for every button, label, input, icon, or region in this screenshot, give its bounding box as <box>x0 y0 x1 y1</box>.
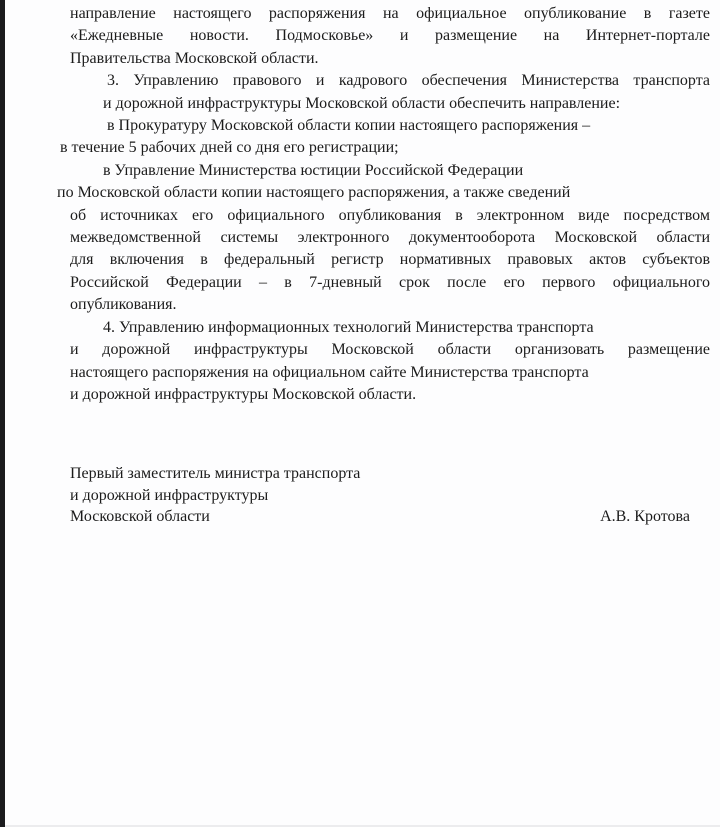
text-line: 3. Управлению правового и кадрового обес… <box>107 70 710 92</box>
text-line: и дорожной инфраструктуры Московской обл… <box>70 339 710 361</box>
text-line: для включения в федеральный регистр норм… <box>70 249 710 271</box>
signature-block: Первый заместитель министра транспорта и… <box>70 463 710 528</box>
text-line: 4. Управлению информационных технологий … <box>103 317 710 339</box>
signature-title-row: Первый заместитель министра транспорта <box>70 463 710 485</box>
page-left-edge-shadow <box>0 0 5 827</box>
document-body-text: направление настоящего распоряжения на о… <box>70 3 710 406</box>
text-line: Российской Федерации – в 7-дневный срок … <box>70 272 710 294</box>
text-line: в Управление Министерства юстиции Россий… <box>103 160 710 182</box>
signature-title-line-1: Первый заместитель министра транспорта <box>70 463 360 485</box>
text-line: опубликования. <box>70 294 710 316</box>
text-line: в Прокуратуру Московской области копии н… <box>107 115 710 137</box>
signature-title-row: Московской области А.В. Кротова <box>70 506 710 528</box>
text-line: «Ежедневные новости. Подмосковье» и разм… <box>70 25 710 47</box>
text-line: направление настоящего распоряжения на о… <box>70 3 710 25</box>
text-line: и дорожной инфраструктуры Московской обл… <box>103 93 710 115</box>
signature-title-line-2: и дорожной инфраструктуры <box>70 485 268 507</box>
text-line: в течение 5 рабочих дней со дня его реги… <box>60 137 710 159</box>
signature-title-line-3: Московской области <box>70 506 210 528</box>
signature-title-row: и дорожной инфраструктуры <box>70 485 710 507</box>
document-page: направление настоящего распоряжения на о… <box>70 3 710 528</box>
text-line: по Московской области копии настоящего р… <box>57 182 710 204</box>
text-line: межведомственной системы электронного до… <box>70 227 710 249</box>
text-line: об источниках его официального опубликов… <box>70 205 710 227</box>
signatory-name: А.В. Кротова <box>600 506 690 528</box>
text-line: Правительства Московской области. <box>70 48 710 70</box>
text-line: и дорожной инфраструктуры Московской обл… <box>70 384 710 406</box>
text-line: настоящего распоряжения на официальном с… <box>70 362 710 384</box>
